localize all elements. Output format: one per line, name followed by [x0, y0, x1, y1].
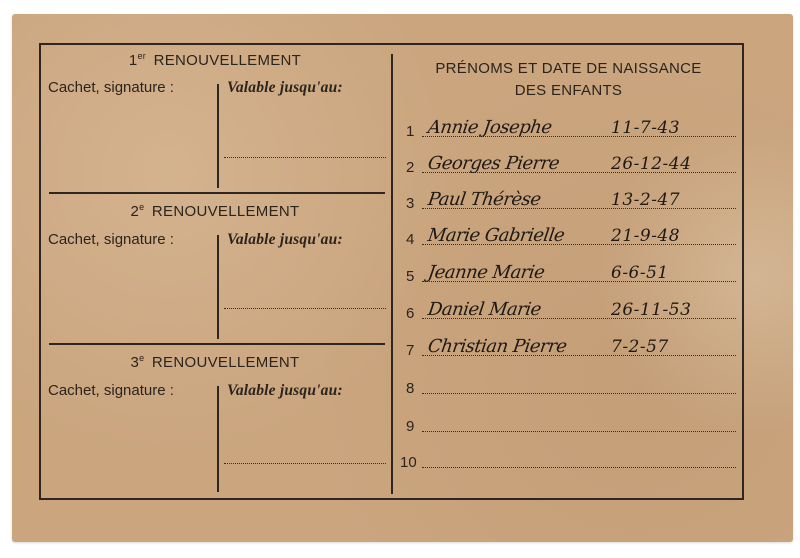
child-row-10[interactable]: 10 [400, 447, 736, 471]
renewal-title-text: RENOUVELLEMENT [152, 354, 300, 371]
row-number: 3 [406, 196, 414, 212]
child-name: Georges Pierre [427, 153, 561, 174]
child-row-7[interactable]: 7 Christian Pierre 7-2-57 [406, 335, 736, 359]
children-section-title: PRÉNOMS ET DATE DE NAISSANCE DES ENFANTS [396, 58, 741, 102]
renewal-title: 1er RENOUVELLEMENT [40, 52, 390, 69]
row-number: 8 [406, 381, 414, 397]
dotted-line [422, 431, 736, 432]
section-divider [49, 343, 385, 345]
child-birth-date: 21-9-48 [611, 226, 680, 246]
child-name: Paul Thérèse [427, 189, 542, 210]
section-divider [49, 192, 385, 194]
children-title-line-1: PRÉNOMS ET DATE DE NAISSANCE [396, 58, 741, 80]
field-separator [217, 84, 219, 188]
row-number: 7 [406, 343, 414, 359]
child-row-1[interactable]: 1 Annie Josephe 11-7-43 [406, 116, 736, 140]
child-birth-date: 6-6-51 [611, 263, 669, 283]
child-row-3[interactable]: 3 Paul Thérèse 13-2-47 [406, 188, 736, 212]
child-row-5[interactable]: 5 Jeanne Marie 6-6-51 [406, 261, 736, 285]
valable-jusquau-label: Valable jusqu'au: [227, 382, 343, 400]
child-birth-date: 26-11-53 [611, 300, 691, 320]
row-number: 6 [406, 306, 414, 322]
child-birth-date: 7-2-57 [611, 337, 669, 357]
column-divider [391, 54, 393, 494]
valable-date-field[interactable] [224, 308, 386, 309]
row-number: 10 [400, 455, 417, 471]
row-number: 4 [406, 232, 414, 248]
field-separator [217, 235, 219, 339]
child-row-6[interactable]: 6 Daniel Marie 26-11-53 [406, 298, 736, 322]
valable-date-field[interactable] [224, 463, 386, 464]
row-number: 9 [406, 419, 414, 435]
child-row-2[interactable]: 2 Georges Pierre 26-12-44 [406, 152, 736, 176]
child-name: Jeanne Marie [427, 262, 546, 283]
valable-date-field[interactable] [224, 157, 386, 158]
ordinal-suffix: er [138, 51, 147, 61]
row-number: 5 [406, 269, 414, 285]
child-row-9[interactable]: 9 [406, 411, 736, 435]
cachet-signature-label: Cachet, signature : [48, 231, 174, 248]
ordinal-number: 3 [130, 354, 139, 371]
renewal-title-text: RENOUVELLEMENT [154, 52, 302, 69]
dotted-line [422, 393, 736, 394]
renewal-title: 3e RENOUVELLEMENT [40, 354, 390, 371]
renewal-title-text: RENOUVELLEMENT [152, 203, 300, 220]
child-name: Annie Josephe [427, 117, 553, 138]
valable-jusquau-label: Valable jusqu'au: [227, 231, 343, 249]
child-birth-date: 11-7-43 [611, 118, 680, 138]
child-name: Daniel Marie [427, 299, 543, 320]
row-number: 2 [406, 160, 414, 176]
renewal-title: 2e RENOUVELLEMENT [40, 203, 390, 220]
cachet-signature-label: Cachet, signature : [48, 382, 174, 399]
ordinal-number: 2 [130, 203, 139, 220]
row-number: 1 [406, 124, 414, 140]
valable-jusquau-label: Valable jusqu'au: [227, 79, 343, 97]
ordinal-number: 1 [129, 52, 138, 69]
child-row-8[interactable]: 8 [406, 373, 736, 397]
child-name: Marie Gabrielle [427, 225, 566, 246]
children-title-line-2: DES ENFANTS [396, 80, 741, 102]
child-birth-date: 26-12-44 [611, 154, 691, 174]
child-row-4[interactable]: 4 Marie Gabrielle 21-9-48 [406, 224, 736, 248]
child-birth-date: 13-2-47 [611, 190, 680, 210]
cachet-signature-label: Cachet, signature : [48, 79, 174, 96]
ordinal-suffix: e [139, 202, 144, 212]
child-name: Christian Pierre [427, 336, 568, 357]
field-separator [217, 386, 219, 492]
ordinal-suffix: e [139, 353, 144, 363]
dotted-line [422, 467, 736, 468]
